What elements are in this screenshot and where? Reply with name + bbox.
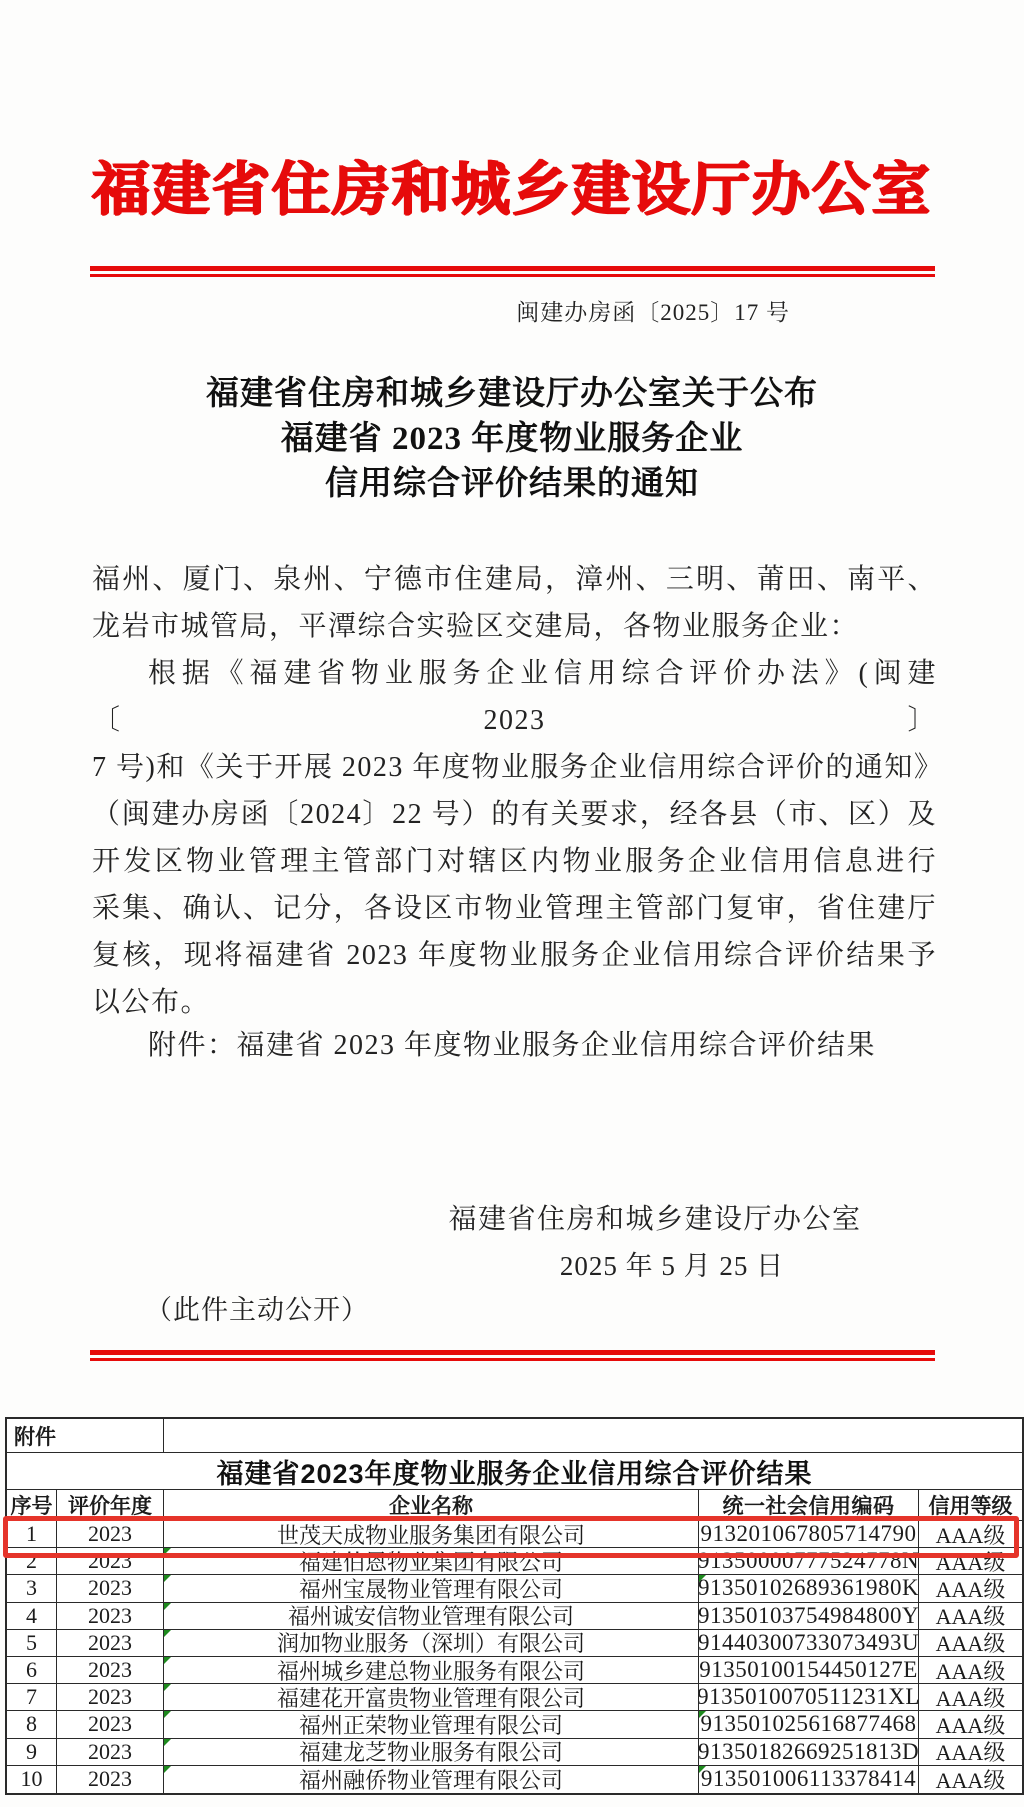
document-body: 福州、厦门、泉州、宁德市住建局，漳州、三明、莆田、南平、 龙岩市城管局，平潭综合… (92, 556, 937, 1026)
table-cell: AAA级 (919, 1657, 1022, 1683)
table-title: 福建省2023年度物业服务企业信用综合评价结果 (216, 1452, 812, 1491)
table-cell: 2 (7, 1548, 57, 1574)
table-cell: 91350103754984800Y (699, 1603, 919, 1629)
table-row: 72023福建花开富贵物业管理有限公司9135010070511231XLAAA… (7, 1684, 1022, 1711)
table-cell: AAA级 (919, 1739, 1022, 1765)
excel-flag-triangle (164, 1603, 171, 1610)
document-title-line-2: 福建省 2023 年度物业服务企业 (0, 417, 1024, 462)
footer-divider-line (90, 1350, 935, 1361)
table-cell: 913501025616877468 (699, 1711, 919, 1737)
excel-flag-triangle (164, 1548, 171, 1555)
column-header: 序号 (7, 1490, 57, 1520)
table-cell: 福建伯恩物业集团有限公司 (164, 1548, 699, 1574)
table-cell: 3 (7, 1575, 57, 1601)
body-line: 龙岩市城管局，平潭综合实验区交建局，各物业服务企业： (92, 603, 937, 650)
excel-flag-triangle (164, 1766, 171, 1773)
table-cell: 4 (7, 1603, 57, 1629)
table-row: 92023福建龙芝物业服务有限公司91350182669251813DAAA级 (7, 1739, 1022, 1766)
table-cell: 福建龙芝物业服务有限公司 (164, 1739, 699, 1765)
table-row: 12023世茂天成物业服务集团有限公司913201067805714790AAA… (7, 1521, 1022, 1548)
table-cell: AAA级 (919, 1630, 1022, 1656)
table-row: 82023福州正荣物业管理有限公司913501025616877468AAA级 (7, 1711, 1022, 1738)
table-cell: 福州诚安信物业管理有限公司 (164, 1603, 699, 1629)
table-cell: 2023 (57, 1575, 164, 1601)
table-cell: 8 (7, 1711, 57, 1737)
body-line: 复核，现将福建省 2023 年度物业服务企业信用综合评价结果予 (92, 932, 937, 979)
table-cell: 9135010070511231XL (699, 1684, 919, 1710)
table-cell: 2023 (57, 1739, 164, 1765)
excel-flag-triangle (699, 1766, 706, 1773)
table-header-row: 序号评价年度企业名称统一社会信用编码信用等级 (7, 1490, 1022, 1521)
table-cell: AAA级 (919, 1711, 1022, 1737)
document-title: 福建省住房和城乡建设厅办公室关于公布 福建省 2023 年度物业服务企业 信用综… (0, 372, 1024, 507)
body-line: 以公布。 (92, 979, 937, 1026)
agency-masthead: 福建省住房和城乡建设厅办公室 (0, 142, 1024, 238)
table-cell: 913501006113378414 (699, 1766, 919, 1793)
body-line: 根据《福建省物业服务企业信用综合评价办法》(闽建〔2023〕 (92, 650, 937, 744)
table-corner-row: 附件 (7, 1419, 1022, 1453)
table-row: 52023润加物业服务（深圳）有限公司91440300733073493UAAA… (7, 1630, 1022, 1657)
table-cell: 2023 (57, 1548, 164, 1574)
body-line: 7 号)和《关于开展 2023 年度物业服务企业信用综合评价的通知》 (92, 744, 937, 791)
excel-flag-triangle (164, 1711, 171, 1718)
excel-flag-triangle (164, 1575, 171, 1582)
body-line: 开发区物业管理主管部门对辖区内物业服务企业信用信息进行 (92, 838, 937, 885)
table-cell: 91350182669251813D (699, 1739, 919, 1765)
column-header: 统一社会信用编码 (699, 1490, 919, 1520)
table-cell: 福建花开富贵物业管理有限公司 (164, 1684, 699, 1710)
table-cell: AAA级 (919, 1603, 1022, 1629)
table-cell: AAA级 (919, 1575, 1022, 1601)
table-cell: 福州宝晟物业管理有限公司 (164, 1575, 699, 1601)
excel-flag-triangle (699, 1575, 706, 1582)
table-cell: 2023 (57, 1657, 164, 1683)
excel-flag-triangle (164, 1630, 171, 1637)
table-cell: 2023 (57, 1766, 164, 1793)
table-cell: 91350000777524778N (699, 1548, 919, 1574)
table-cell: 9 (7, 1739, 57, 1765)
table-cell: 2023 (57, 1521, 164, 1547)
table-cell: 5 (7, 1630, 57, 1656)
column-header: 企业名称 (164, 1490, 699, 1520)
table-cell: AAA级 (919, 1548, 1022, 1574)
table-cell: 2023 (57, 1711, 164, 1737)
document-page: 福建省住房和城乡建设厅办公室 闽建办房函〔2025〕17 号 福建省住房和城乡建… (0, 0, 1024, 1807)
table-row: 32023福州宝晟物业管理有限公司91350102689361980KAAA级 (7, 1575, 1022, 1602)
attachment-corner-label: 附件 (7, 1419, 164, 1452)
table-row: 22023福建伯恩物业集团有限公司91350000777524778NAAA级 (7, 1548, 1022, 1575)
document-title-line-1: 福建省住房和城乡建设厅办公室关于公布 (0, 372, 1024, 417)
document-title-line-3: 信用综合评价结果的通知 (0, 462, 1024, 507)
table-row: 62023福州城乡建总物业服务有限公司91350100154450127EAAA… (7, 1657, 1022, 1684)
body-line: （闽建办房函〔2024〕22 号）的有关要求，经各县（市、区）及 (92, 791, 937, 838)
table-cell: 7 (7, 1684, 57, 1710)
signature-block: 福建省住房和城乡建设厅办公室 2025 年 5 月 25 日 (440, 1196, 870, 1290)
table-cell: 1 (7, 1521, 57, 1547)
table-cell: AAA级 (919, 1684, 1022, 1710)
table-row: 102023福州融侨物业管理有限公司913501006113378414AAA级 (7, 1766, 1022, 1793)
column-header: 评价年度 (57, 1490, 164, 1520)
excel-flag-triangle (164, 1657, 171, 1664)
table-cell: 福州正荣物业管理有限公司 (164, 1711, 699, 1737)
excel-flag-triangle (164, 1684, 171, 1691)
table-body: 12023世茂天成物业服务集团有限公司913201067805714790AAA… (7, 1521, 1022, 1793)
body-line: 采集、确认、记分，各设区市物业管理主管部门复审，省住建厅 (92, 885, 937, 932)
document-number: 闽建办房函〔2025〕17 号 (516, 294, 790, 327)
table-cell: 世茂天成物业服务集团有限公司 (164, 1521, 699, 1547)
table-row: 42023福州诚安信物业管理有限公司91350103754984800YAAA级 (7, 1603, 1022, 1630)
table-title-row: 福建省2023年度物业服务企业信用综合评价结果 (7, 1453, 1022, 1490)
table-cell: 2023 (57, 1684, 164, 1710)
table-cell: 91440300733073493U (699, 1630, 919, 1656)
masthead-divider-line (90, 266, 935, 277)
table-cell: 2023 (57, 1630, 164, 1656)
table-cell: 福州融侨物业管理有限公司 (164, 1766, 699, 1793)
table-cell: 6 (7, 1657, 57, 1683)
signature-org: 福建省住房和城乡建设厅办公室 (440, 1196, 870, 1243)
table-cell: 2023 (57, 1603, 164, 1629)
table-cell: 91350102689361980K (699, 1575, 919, 1601)
table-cell: 10 (7, 1766, 57, 1793)
excel-flag-triangle (164, 1739, 171, 1746)
table-cell: 91350100154450127E (699, 1657, 919, 1683)
disclosure-note: （此件主动公开） (145, 1290, 369, 1330)
table-cell: 福州城乡建总物业服务有限公司 (164, 1657, 699, 1683)
excel-flag-triangle (699, 1711, 706, 1718)
attachment-table: 附件 福建省2023年度物业服务企业信用综合评价结果 序号评价年度企业名称统一社… (5, 1417, 1024, 1795)
signature-date: 2025 年 5 月 25 日 (440, 1243, 870, 1290)
table-cell: 913201067805714790 (699, 1521, 919, 1547)
body-line: 福州、厦门、泉州、宁德市住建局，漳州、三明、莆田、南平、 (92, 556, 937, 603)
attachment-reference-line: 附件：福建省 2023 年度物业服务企业信用综合评价结果 (92, 1022, 937, 1069)
table-cell: 润加物业服务（深圳）有限公司 (164, 1630, 699, 1656)
table-cell: AAA级 (919, 1766, 1022, 1793)
column-header: 信用等级 (919, 1490, 1022, 1520)
table-cell: AAA级 (919, 1521, 1022, 1547)
